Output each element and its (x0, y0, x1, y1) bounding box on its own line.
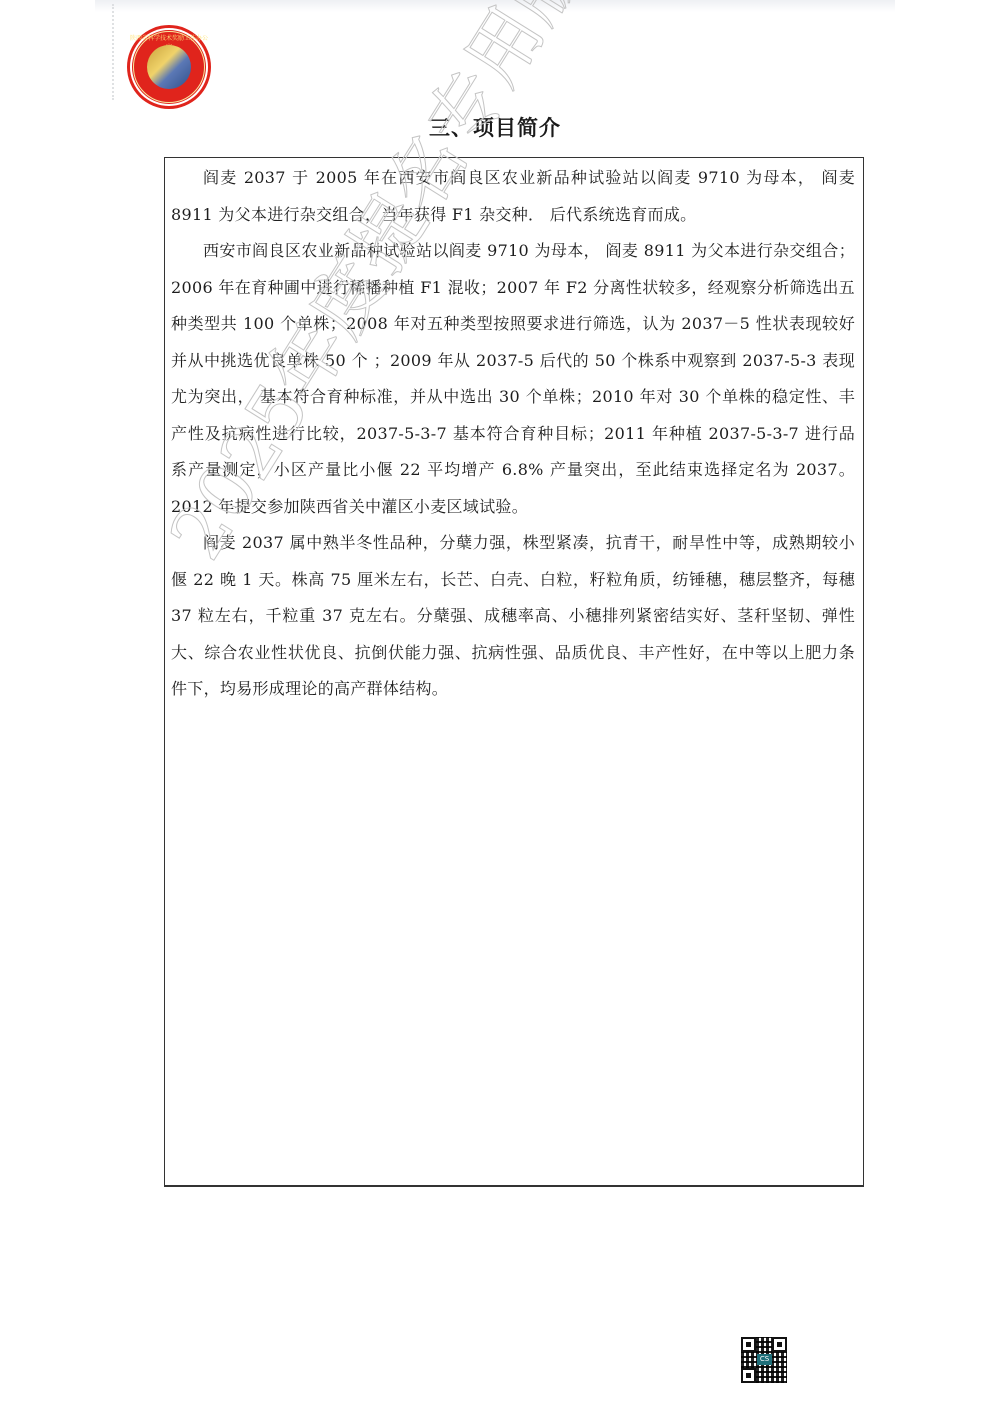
qr-finder (741, 1337, 756, 1352)
qr-finder (741, 1368, 756, 1383)
paragraph-characteristics: 阎麦 2037 属中熟半冬性品种，分蘖力强，株型紧凑，抗青干，耐旱性中等，成熟期… (171, 525, 855, 708)
qr-logo: CS (757, 1354, 772, 1365)
project-summary-box: 阎麦 2037 于 2005 年在西安市阎良区农业新品种试验站以阎麦 9710 … (164, 157, 864, 1187)
qr-finder (772, 1337, 787, 1352)
scan-edge (95, 0, 895, 12)
section-title: 三、项目简介 (0, 112, 990, 142)
qr-code-icon: CS (741, 1337, 787, 1383)
official-seal-icon: 陕西省科学技术奖励工作办公室 (130, 28, 208, 106)
binding-marks (112, 4, 124, 100)
paragraph-breeding-history: 西安市阎良区农业新品种试验站以阎麦 9710 为母本， 阎麦 8911 为父本进… (171, 233, 855, 525)
paragraph-origin: 阎麦 2037 于 2005 年在西安市阎良区农业新品种试验站以阎麦 9710 … (171, 160, 855, 233)
seal-emblem (147, 45, 191, 89)
summary-content: 阎麦 2037 于 2005 年在西安市阎良区农业新品种试验站以阎麦 9710 … (171, 160, 855, 708)
